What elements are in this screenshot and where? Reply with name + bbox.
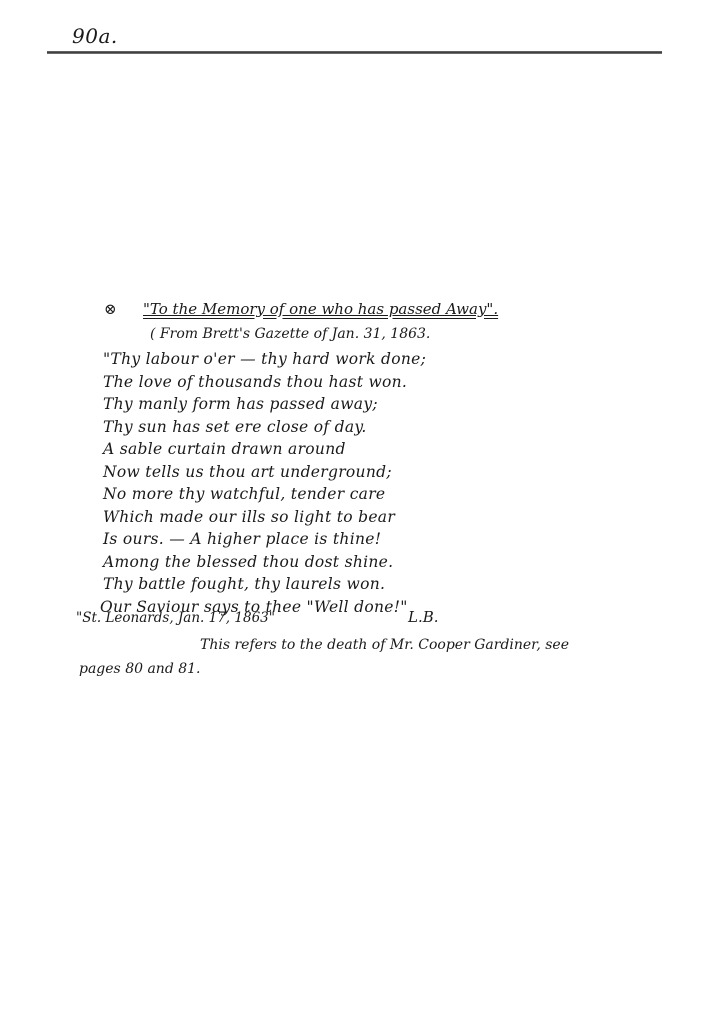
poem-line: No more thy watchful, tender care — [103, 485, 385, 503]
poem-title-text: "To the Memory of one who has passed Awa… — [143, 300, 498, 318]
editor-note-line-1: This refers to the death of Mr. Cooper G… — [200, 637, 569, 653]
poem-line: A sable curtain drawn around — [103, 440, 346, 458]
page-number: 90a. — [72, 24, 118, 48]
poem-line: Thy battle fought, thy laurels won. — [103, 575, 385, 593]
poem-line: Thy manly form has passed away; — [103, 395, 378, 413]
editor-note-line-2: pages 80 and 81. — [79, 661, 201, 677]
place-date: "St. Leonards, Jan. 17, 1863" — [76, 610, 275, 626]
poem-line: The love of thousands thou hast won. — [103, 373, 407, 391]
cross-marker-icon: ⊗ — [104, 300, 117, 318]
poem-title: "To the Memory of one who has passed Awa… — [143, 300, 498, 318]
poem-line: Now tells us thou art underground; — [103, 463, 392, 481]
poem-line: Thy sun has set ere close of day. — [103, 418, 367, 436]
author-initials: L.B. — [408, 608, 439, 626]
poem-line: Among the blessed thou dost shine. — [103, 553, 393, 571]
header-rule — [47, 51, 662, 54]
poem-line: Which made our ills so light to bear — [103, 508, 395, 526]
poem-source: ( From Brett's Gazette of Jan. 31, 1863. — [150, 326, 430, 342]
poem-line: Is ours. — A higher place is thine! — [103, 530, 381, 548]
poem-line: "Thy labour o'er — thy hard work done; — [103, 350, 426, 368]
